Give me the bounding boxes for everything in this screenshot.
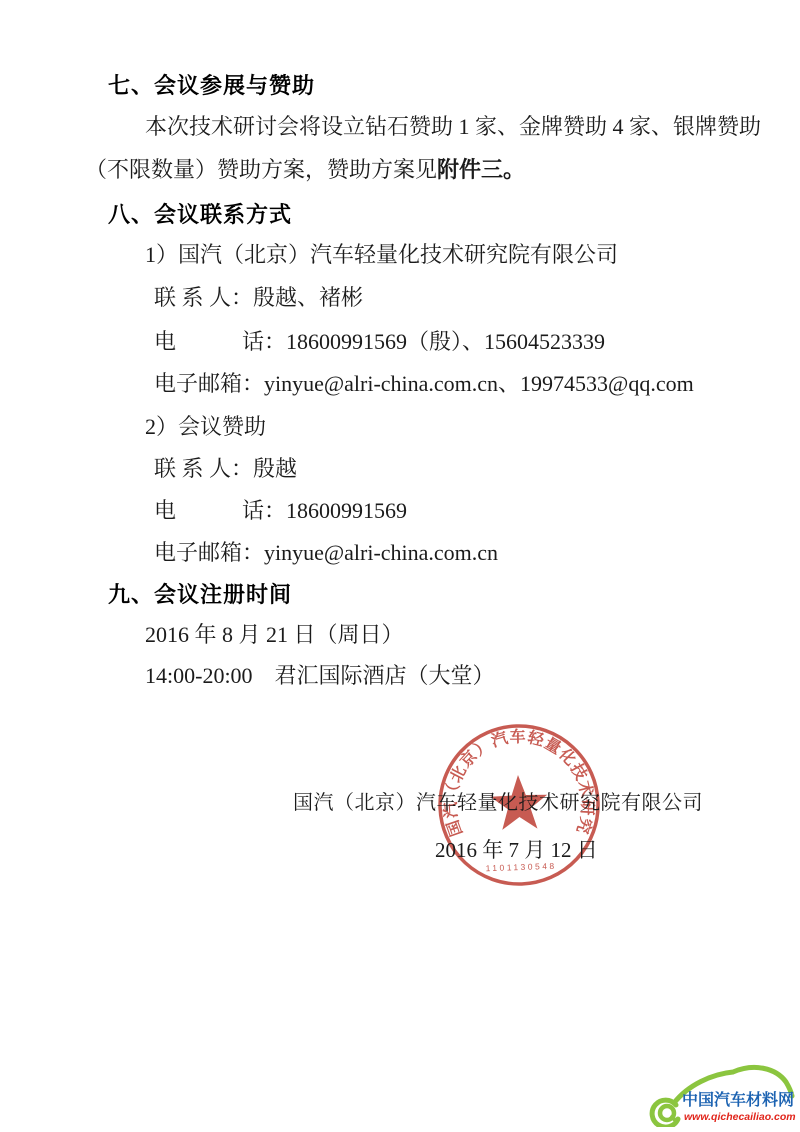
org1-contact-person: 联 系 人：殷越、褚彬	[154, 284, 363, 312]
org2-email: 电子邮箱：yinyue@alri-china.com.cn	[154, 539, 498, 567]
sponsorship-paragraph-line-2: （不限数量）赞助方案，赞助方案见附件三。	[85, 156, 525, 184]
section-7-heading: 七、会议参展与赞助	[108, 72, 315, 100]
org2-contact-person: 联 系 人：殷越	[154, 455, 297, 483]
org1-title: 1）国汽（北京）汽车轻量化技术研究院有限公司	[145, 241, 618, 269]
signature-company-name: 国汽（北京）汽车轻量化技术研究院有限公司	[293, 789, 703, 817]
registration-time-place: 14:00-20:00 君汇国际酒店（大堂）	[145, 662, 495, 690]
scanned-document-page: 七、会议参展与赞助 本次技术研讨会将设立钻石赞助 1 家、金牌赞助 4 家、银牌…	[0, 0, 800, 1132]
signature-date: 2016 年 7 月 12 日	[435, 836, 598, 864]
watermark-site-name: 中国汽车材料网	[682, 1092, 794, 1110]
org1-phone: 电 话：18600991569（殷）、15604523339	[154, 328, 605, 356]
site-watermark-logo: 中国汽车材料网 www.qichecailiao.com	[636, 1055, 796, 1127]
org2-title: 2）会议赞助	[145, 413, 266, 441]
registration-date: 2016 年 8 月 21 日（周日）	[145, 621, 404, 649]
attachment-three-reference: 附件三。	[437, 157, 525, 182]
section-9-heading: 九、会议注册时间	[108, 581, 292, 609]
seal-ring-text: 国汽（北京）汽车轻量化技术研究院有限公司	[430, 715, 598, 843]
section-8-heading: 八、会议联系方式	[108, 201, 292, 229]
sponsorship-paragraph-line-2-text: （不限数量）赞助方案，赞助方案见	[85, 157, 437, 182]
org2-phone: 电 话：18600991569	[154, 497, 407, 525]
sponsorship-paragraph-line-1: 本次技术研讨会将设立钻石赞助 1 家、金牌赞助 4 家、银牌赞助	[145, 113, 761, 141]
watermark-site-url: www.qichecailiao.com	[684, 1111, 796, 1123]
org1-email: 电子邮箱：yinyue@alri-china.com.cn、19974533@q…	[154, 370, 694, 398]
